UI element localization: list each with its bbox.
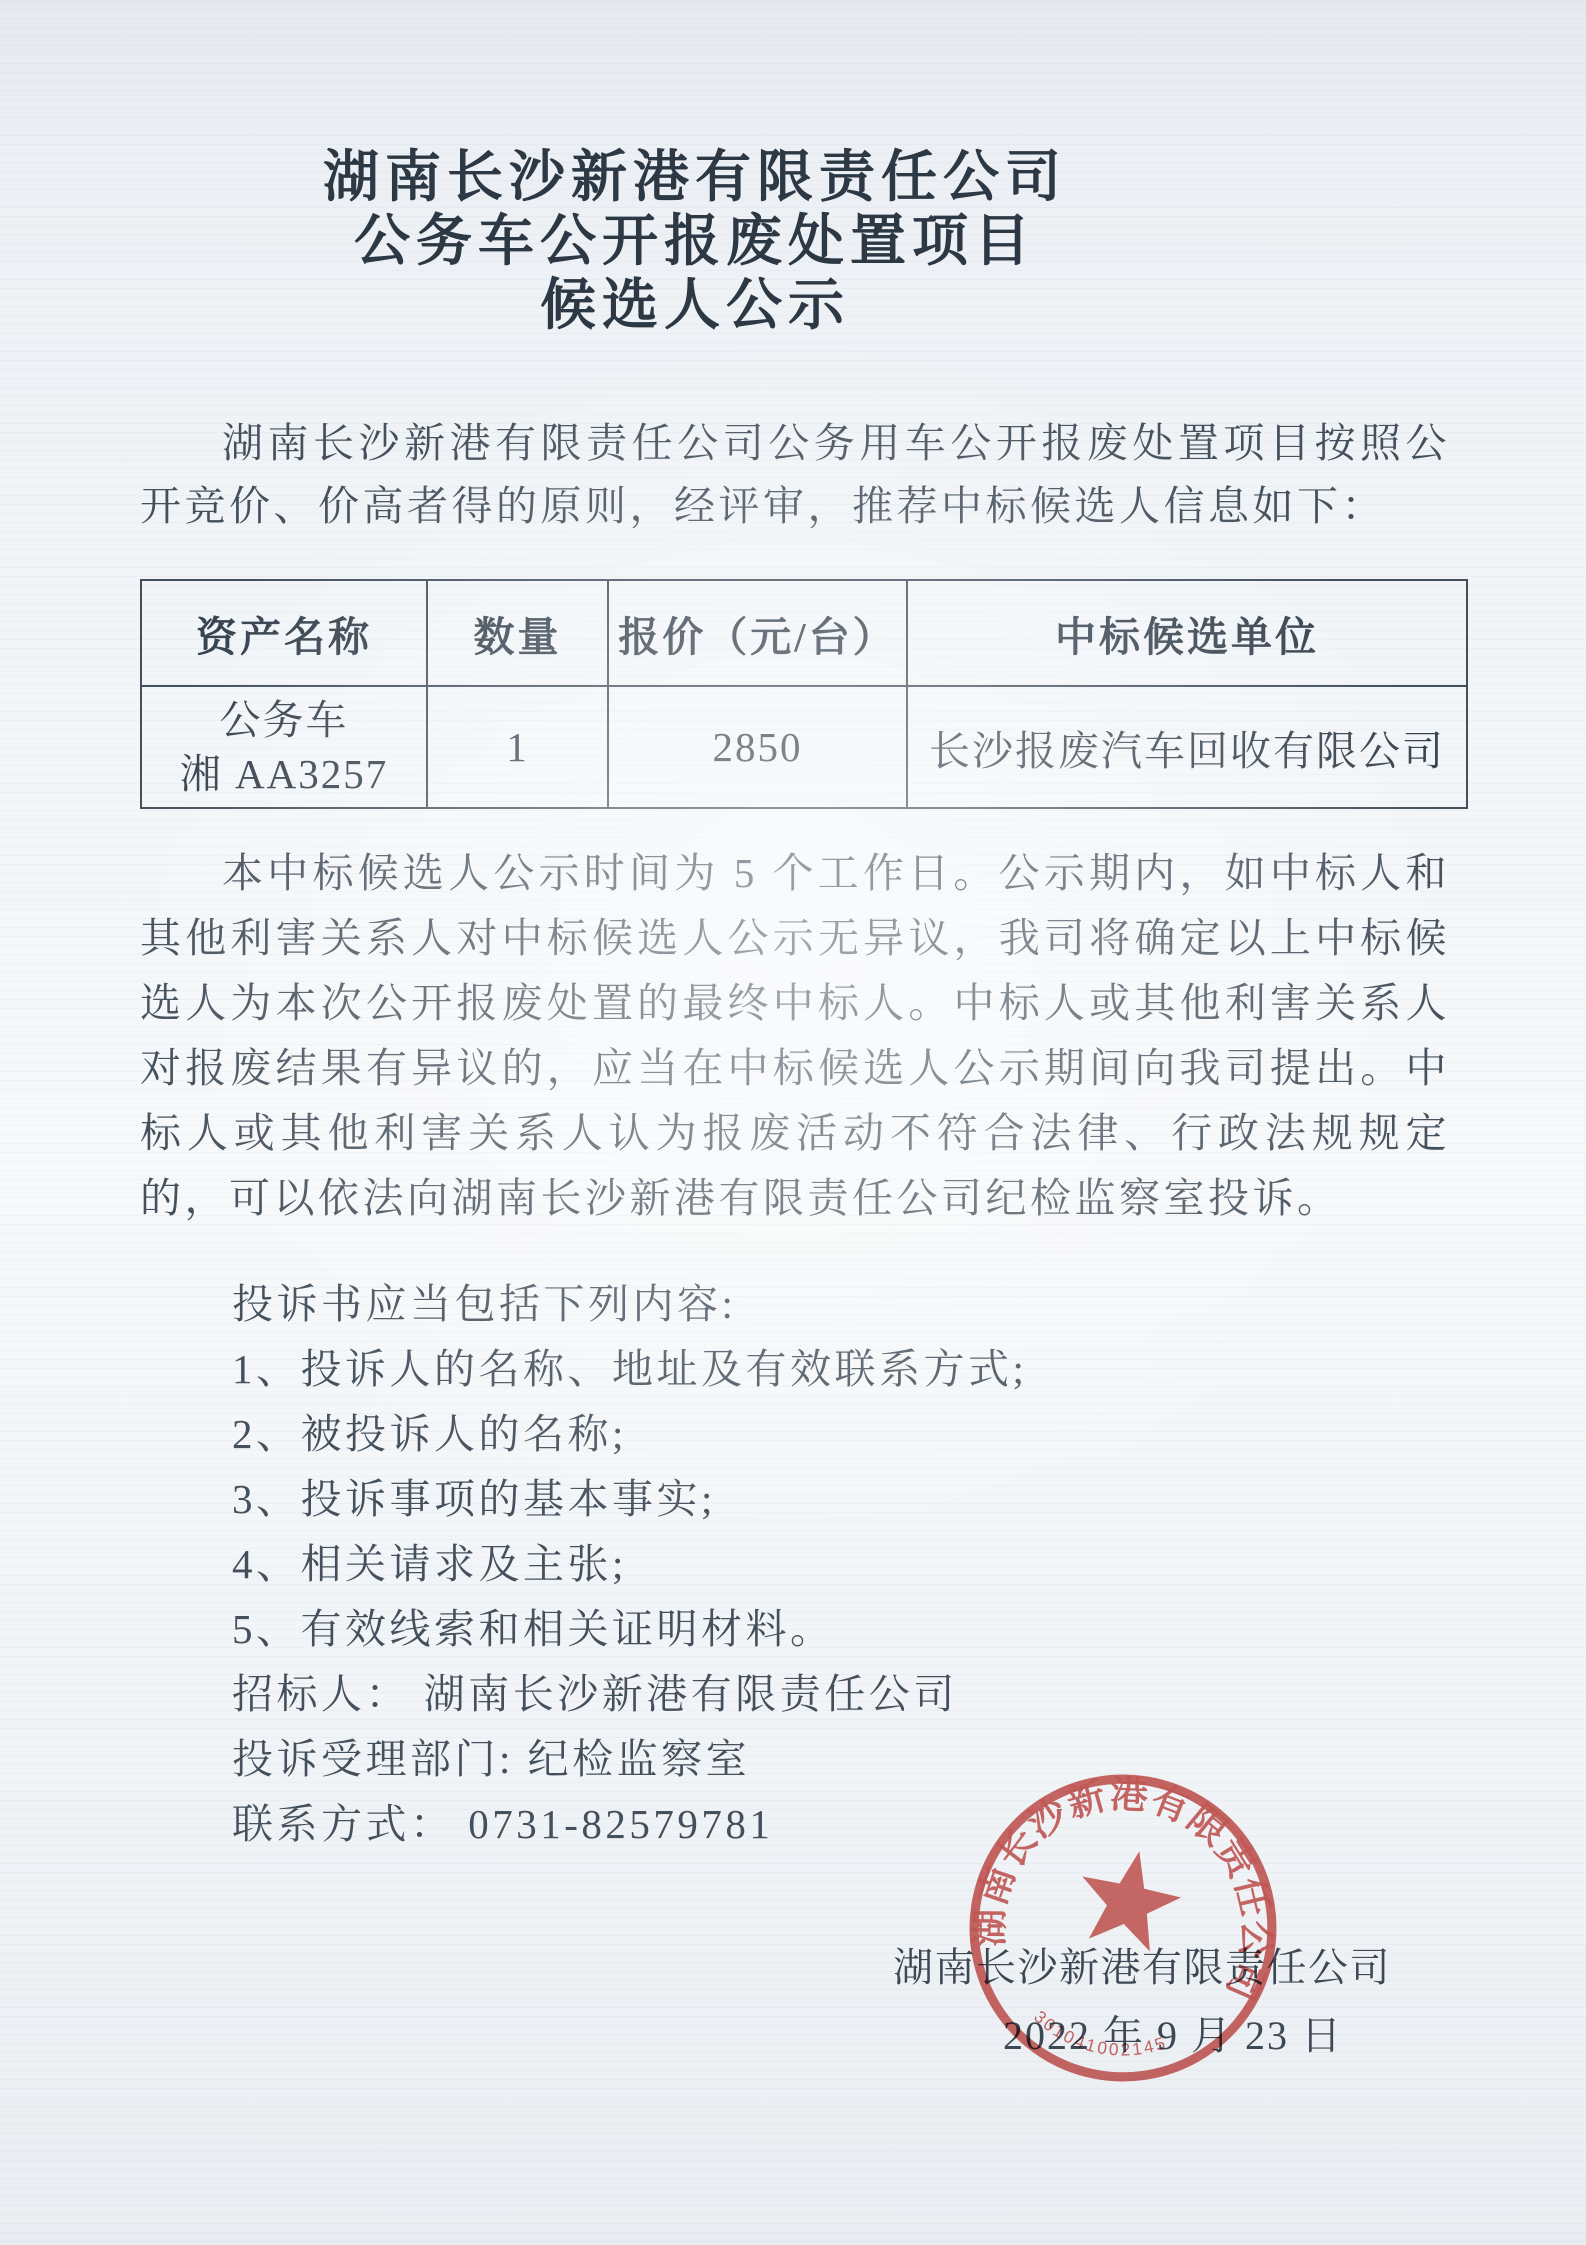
scanned-notice-page: 湖南长沙新港有限责任公司 公务车公开报废处置项目 候选人公示 湖南长沙新港有限责… [0, 0, 1586, 2245]
header-quantity: 数量 [427, 580, 608, 686]
asset-name-line-1: 公务车 [143, 693, 425, 747]
header-winner: 中标候选单位 [907, 580, 1467, 686]
table-header-row: 资产名称 数量 报价（元/台） 中标候选单位 [141, 580, 1467, 686]
quantity-cell: 1 [427, 686, 608, 808]
complaint-item-1: 1、投诉人的名称、地址及有效联系方式; [140, 1337, 1450, 1402]
complaint-item-3: 3、投诉事项的基本事实; [140, 1467, 1450, 1532]
asset-name-line-2: 湘 AA3257 [143, 747, 425, 801]
contact-line: 联系方式： 0731-82579781 [140, 1792, 1450, 1857]
document-title: 湖南长沙新港有限责任公司 公务车公开报废处置项目 候选人公示 [40, 0, 1350, 338]
winner-cell: 长沙报废汽车回收有限公司 [907, 686, 1467, 808]
title-line-1: 湖南长沙新港有限责任公司 [40, 146, 1350, 210]
signature-company: 湖南长沙新港有限责任公司 [893, 1936, 1391, 1993]
header-asset-name: 资产名称 [141, 580, 427, 686]
complaint-item-4: 4、相关请求及主张; [140, 1532, 1450, 1597]
document-body: 湖南长沙新港有限责任公司公务用车公开报废处置项目按照公开竞价、价高者得的原则，经… [140, 412, 1450, 1857]
signature-date: 2022 年 9 月 23 日 [1003, 2004, 1343, 2061]
header-price: 报价（元/台） [608, 580, 907, 686]
tenderer-line: 招标人： 湖南长沙新港有限责任公司 [140, 1662, 1450, 1727]
table-row: 公务车 湘 AA3257 1 2850 长沙报废汽车回收有限公司 [141, 686, 1467, 808]
title-line-3: 候选人公示 [40, 274, 1350, 338]
main-paragraph: 本中标候选人公示时间为 5 个工作日。公示期内，如中标人和其他利害关系人对中标候… [140, 841, 1450, 1231]
intro-paragraph: 湖南长沙新港有限责任公司公务用车公开报废处置项目按照公开竞价、价高者得的原则，经… [140, 412, 1450, 538]
title-line-2: 公务车公开报废处置项目 [40, 210, 1350, 274]
complaint-item-2: 2、被投诉人的名称; [140, 1402, 1450, 1467]
complaint-item-5: 5、有效线索和相关证明材料。 [140, 1597, 1450, 1662]
asset-name-cell: 公务车 湘 AA3257 [141, 686, 427, 808]
dept-line: 投诉受理部门: 纪检监察室 [140, 1727, 1450, 1792]
price-cell: 2850 [608, 686, 907, 808]
candidate-results-table: 资产名称 数量 报价（元/台） 中标候选单位 公务车 湘 AA3257 1 28… [140, 579, 1468, 809]
complaint-intro: 投诉书应当包括下列内容: [140, 1272, 1450, 1337]
